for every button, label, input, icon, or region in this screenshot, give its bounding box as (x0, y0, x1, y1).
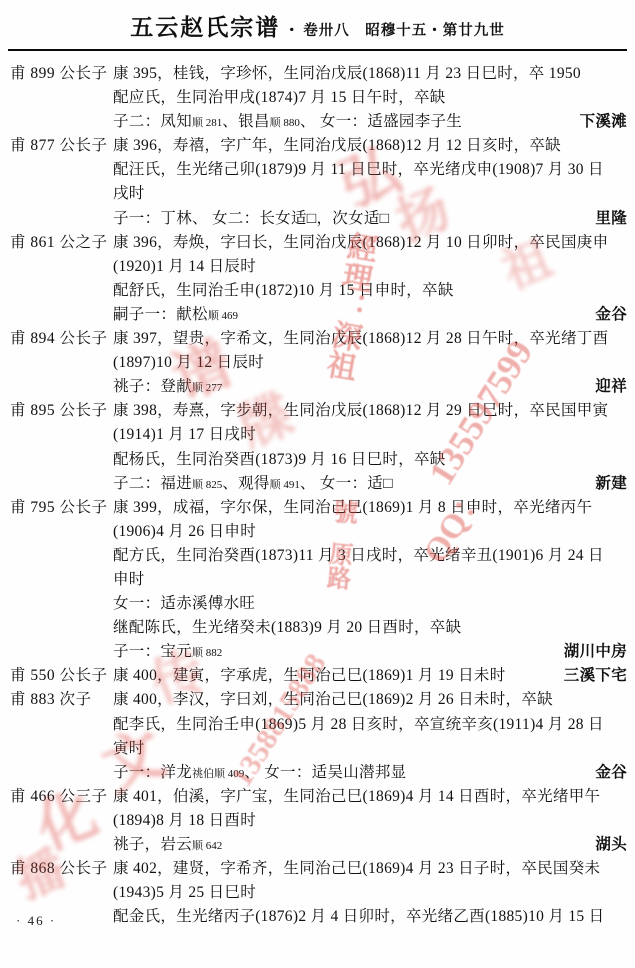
line-text: 康 400，建寅，字承虎，生同治己巳(1869)1 月 19 日未时 (113, 667, 506, 684)
entry-label: 甫 883 次子 (10, 688, 113, 712)
entry-line: 子一：洋龙祧伯顺 409、 女一：适吴山潜邦显金谷 (113, 761, 627, 785)
line-text-segment: 康 400，建寅，字承虎，生同治己巳(1869)1 月 19 日未时 (113, 667, 506, 684)
genealogy-page: 經理：深祖135597599QQ：號原路1358815888弘扬祖谱牒传文化播 … (0, 0, 635, 968)
line-text: 康 399，成福，字尔保，生同治己巳(1869)1 月 8 日申时，卒光绪丙午 (113, 499, 592, 516)
line-text: 申时 (113, 571, 145, 588)
descendant-order-number: 顺 882 (192, 647, 222, 659)
line-text: 康 401，伯溪，字广宝，生同治己巳(1869)4 月 14 日酉时，卒光绪甲午 (113, 788, 600, 805)
line-text: 配李氏，生同治壬申(1869)5 月 28 日亥时，卒宣统辛亥(1911)4 月… (113, 716, 604, 733)
line-text-segment: 、银昌 (222, 113, 269, 130)
entry-label: 甫 550 公长子 (10, 664, 113, 688)
line-text-segment: 寅时 (113, 740, 145, 757)
entry-line: 子一：丁林、 女二：长女适□，次女适□里隆 (113, 207, 627, 231)
line-text: 康 396，寿禧，字广年，生同治戊辰(1868)12 月 12 日亥时，卒缺 (113, 137, 561, 154)
descendant-order-number: 顺 277 (192, 382, 222, 394)
line-text-segment: 子二：凤知 (113, 113, 192, 130)
entry-lines: 康 396，寿禧，字广年，生同治戊辰(1868)12 月 12 日亥时，卒缺配汪… (113, 134, 627, 230)
line-text-segment: 康 401，伯溪，字广宝，生同治己巳(1869)4 月 14 日酉时，卒光绪甲午 (113, 788, 600, 805)
line-text: 康 398，寿熹，字步朝，生同治戊辰(1868)12 月 29 日巳时，卒民国甲… (113, 402, 608, 419)
entry-line: 康 400，李汉，字曰刘，生同治己巳(1869)2 月 26 日未时，卒缺 (113, 688, 627, 712)
entry-line: 康 401，伯溪，字广宝，生同治己巳(1869)4 月 14 日酉时，卒光绪甲午 (113, 785, 627, 809)
line-text: 祧子：登献顺 277 (113, 378, 222, 395)
line-text-segment: 、 女一：适吴山潜邦显 (244, 764, 406, 781)
line-text-segment: 配汪氏，生光绪己卯(1879)9 月 11 日巳时，卒光绪戊申(1908)7 月… (113, 161, 604, 178)
line-text: 配汪氏，生光绪己卯(1879)9 月 11 日巳时，卒光绪戊申(1908)7 月… (113, 161, 604, 178)
line-text-segment: 子一：丁林、 女二：长女适□，次女适□ (113, 210, 389, 227)
entry-line: 戌时 (113, 182, 627, 206)
entry-line: 寅时 (113, 737, 627, 761)
entry-label: 甫 895 公长子 (10, 399, 113, 423)
place-name: 湖头 (595, 833, 627, 857)
line-text-segment: 康 396，寿禧，字广年，生同治戊辰(1868)12 月 12 日亥时，卒缺 (113, 137, 561, 154)
entry-line: 祧子：登献顺 277迎祥 (113, 375, 627, 399)
page-title: 五云赵氏宗谱 (130, 15, 280, 40)
line-text: (1914)1 月 17 日戌时 (113, 426, 256, 443)
line-text: (1906)4 月 26 日申时 (113, 523, 256, 540)
line-text-segment: 康 395，桂钱，字珍怀，生同治戊辰(1868)11 月 23 日巳时，卒 19… (113, 65, 581, 82)
line-text-segment: 嗣子一：献松 (113, 306, 208, 323)
line-text-segment: (1914)1 月 17 日戌时 (113, 426, 256, 443)
entry-lines: 康 398，寿熹，字步朝，生同治戊辰(1868)12 月 29 日巳时，卒民国甲… (113, 399, 627, 495)
entry-row: 甫 861 公之子康 396，寿焕，字曰长，生同治戊辰(1868)12 月 10… (10, 231, 627, 327)
line-text: 子二：凤知顺 281、银昌顺 880、 女一：适盛园李子生 (113, 113, 462, 130)
line-text: 戌时 (113, 185, 145, 202)
line-text: 寅时 (113, 740, 145, 757)
line-text-segment: 子一：洋龙 (113, 764, 192, 781)
title-separator: ・ (284, 23, 299, 39)
entry-label: 甫 894 公长子 (10, 327, 113, 351)
line-text-segment: 配应氏，生同治甲戌(1874)7 月 15 日午时，卒缺 (113, 89, 446, 106)
entry-row: 甫 877 公长子康 396，寿禧，字广年，生同治戊辰(1868)12 月 12… (10, 134, 627, 230)
entry-line: 康 397，望贵，字希文，生同治戊辰(1868)12 月 28 日午时，卒光绪丁… (113, 327, 627, 351)
line-text: 配杨氏，生同治癸酉(1873)9 月 16 日巳时，卒缺 (113, 451, 446, 468)
place-name: 下溪滩 (580, 110, 627, 134)
entry-line: 康 400，建寅，字承虎，生同治己巳(1869)1 月 19 日未时三溪下宅 (113, 664, 627, 688)
line-text-segment: 、 女一：适□ (300, 475, 393, 492)
line-text-segment: 申时 (113, 571, 145, 588)
line-text-segment: 康 402，建贤，字希齐，生同治己巳(1869)4 月 23 日子时，卒民国癸未 (113, 860, 600, 877)
line-text-segment: (1906)4 月 26 日申时 (113, 523, 256, 540)
line-text-segment: 继配陈氏，生光绪癸未(1883)9 月 20 日酉时，卒缺 (113, 619, 461, 636)
line-text: 康 397，望贵，字希文，生同治戊辰(1868)12 月 28 日午时，卒光绪丁… (113, 330, 608, 347)
entry-line: (1920)1 月 14 日辰时 (113, 255, 627, 279)
entry-line: 子一：宝元顺 882湖川中房 (113, 640, 627, 664)
entry-lines: 康 396，寿焕，字曰长，生同治戊辰(1868)12 月 10 日卯时，卒民国庚… (113, 231, 627, 327)
line-text: (1920)1 月 14 日辰时 (113, 258, 256, 275)
line-text: 康 395，桂钱，字珍怀，生同治戊辰(1868)11 月 23 日巳时，卒 19… (113, 65, 581, 82)
entry-line: (1894)8 月 18 日酉时 (113, 809, 627, 833)
line-text: 子二：福进顺 825、观得顺 491、 女一：适□ (113, 475, 393, 492)
line-text: 女一：适赤溪傅水旺 (113, 595, 255, 612)
line-text-segment: (1920)1 月 14 日辰时 (113, 258, 256, 275)
entry-line: (1906)4 月 26 日申时 (113, 520, 627, 544)
line-text-segment: 子二：福进 (113, 475, 192, 492)
entry-lines: 康 397，望贵，字希文，生同治戊辰(1868)12 月 28 日午时，卒光绪丁… (113, 327, 627, 399)
entry-lines: 康 401，伯溪，字广宝，生同治己巳(1869)4 月 14 日酉时，卒光绪甲午… (113, 785, 627, 857)
entry-line: 配杨氏，生同治癸酉(1873)9 月 16 日巳时，卒缺 (113, 448, 627, 472)
descendant-order-number: 顺 281 (192, 117, 222, 129)
descendant-order-number: 祧伯顺 409 (192, 768, 244, 780)
line-text: 康 396，寿焕，字曰长，生同治戊辰(1868)12 月 10 日卯时，卒民国庚… (113, 234, 608, 251)
line-text-segment: 配杨氏，生同治癸酉(1873)9 月 16 日巳时，卒缺 (113, 451, 446, 468)
entry-line: 继配陈氏，生光绪癸未(1883)9 月 20 日酉时，卒缺 (113, 616, 627, 640)
line-text-segment: 康 399，成福，字尔保，生同治己巳(1869)1 月 8 日申时，卒光绪丙午 (113, 499, 592, 516)
place-name: 三溪下宅 (564, 664, 627, 688)
line-text: 配舒氏，生同治壬申(1872)10 月 15 日申时，卒缺 (113, 282, 454, 299)
entry-line: 申时 (113, 568, 627, 592)
line-text: 继配陈氏，生光绪癸未(1883)9 月 20 日酉时，卒缺 (113, 619, 461, 636)
page-footer: · 46 · (16, 913, 635, 929)
line-text: 康 402，建贤，字希齐，生同治己巳(1869)4 月 23 日子时，卒民国癸未 (113, 860, 600, 877)
place-name: 湖川中房 (564, 640, 627, 664)
line-text-segment: (1943)5 月 25 日巳时 (113, 884, 256, 901)
entry-label: 甫 877 公长子 (10, 134, 113, 158)
line-text-segment: 、 女一：适盛园李子生 (300, 113, 462, 130)
line-text: 配应氏，生同治甲戌(1874)7 月 15 日午时，卒缺 (113, 89, 446, 106)
entry-line: 康 398，寿熹，字步朝，生同治戊辰(1868)12 月 29 日巳时，卒民国甲… (113, 399, 627, 423)
line-text-segment: 女一：适赤溪傅水旺 (113, 595, 255, 612)
entry-line: 配方氏，生同治癸酉(1873)11 月 3 日戌时，卒光绪辛丑(1901)6 月… (113, 544, 627, 568)
line-text-segment: 康 396，寿焕，字曰长，生同治戊辰(1868)12 月 10 日卯时，卒民国庚… (113, 234, 608, 251)
entry-line: 子二：凤知顺 281、银昌顺 880、 女一：适盛园李子生下溪滩 (113, 110, 627, 134)
entry-line: (1897)10 月 12 日辰时 (113, 351, 627, 375)
entry-line: 康 399，成福，字尔保，生同治己巳(1869)1 月 8 日申时，卒光绪丙午 (113, 496, 627, 520)
page-header: 五云赵氏宗谱 ・ 卷卅八 昭穆十五・第廿九世 (0, 0, 635, 42)
entry-line: 配舒氏，生同治壬申(1872)10 月 15 日申时，卒缺 (113, 279, 627, 303)
place-name: 迎祥 (595, 375, 627, 399)
descendant-order-number: 顺 642 (192, 840, 222, 852)
entry-lines: 康 395，桂钱，字珍怀，生同治戊辰(1868)11 月 23 日巳时，卒 19… (113, 62, 627, 134)
entry-row: 甫 466 公三子康 401，伯溪，字广宝，生同治己巳(1869)4 月 14 … (10, 785, 627, 857)
place-name: 里隆 (595, 207, 627, 231)
line-text-segment: 戌时 (113, 185, 145, 202)
entry-line: 子二：福进顺 825、观得顺 491、 女一：适□新建 (113, 472, 627, 496)
line-text-segment: 祧子，岩云 (113, 836, 192, 853)
entry-row: 甫 795 公长子康 399，成福，字尔保，生同治己巳(1869)1 月 8 日… (10, 496, 627, 665)
line-text: 子一：宝元顺 882 (113, 643, 222, 660)
descendant-order-number: 顺 491 (270, 479, 300, 491)
entry-line: (1943)5 月 25 日巳时 (113, 881, 627, 905)
place-name: 新建 (595, 472, 627, 496)
entry-line: 女一：适赤溪傅水旺 (113, 592, 627, 616)
line-text-segment: (1897)10 月 12 日辰时 (113, 354, 264, 371)
entry-line: (1914)1 月 17 日戌时 (113, 423, 627, 447)
entry-row: 甫 550 公长子康 400，建寅，字承虎，生同治己巳(1869)1 月 19 … (10, 664, 627, 688)
line-text: 祧子，岩云顺 642 (113, 836, 222, 853)
entry-row: 甫 895 公长子康 398，寿熹，字步朝，生同治戊辰(1868)12 月 29… (10, 399, 627, 495)
line-text: 嗣子一：献松顺 469 (113, 306, 238, 323)
place-name: 金谷 (595, 303, 627, 327)
line-text: (1897)10 月 12 日辰时 (113, 354, 264, 371)
entry-line: 配李氏，生同治壬申(1869)5 月 28 日亥时，卒宣统辛亥(1911)4 月… (113, 713, 627, 737)
entry-line: 康 396，寿焕，字曰长，生同治戊辰(1868)12 月 10 日卯时，卒民国庚… (113, 231, 627, 255)
entry-lines: 康 400，建寅，字承虎，生同治己巳(1869)1 月 19 日未时三溪下宅 (113, 664, 627, 688)
descendant-order-number: 顺 825 (192, 479, 222, 491)
line-text: 康 400，李汉，字曰刘，生同治己巳(1869)2 月 26 日未时，卒缺 (113, 691, 553, 708)
line-text-segment: 康 398，寿熹，字步朝，生同治戊辰(1868)12 月 29 日巳时，卒民国甲… (113, 402, 608, 419)
entry-line: 康 402，建贤，字希齐，生同治己巳(1869)4 月 23 日子时，卒民国癸未 (113, 857, 627, 881)
entry-label: 甫 899 公长子 (10, 62, 113, 86)
line-text: 子一：洋龙祧伯顺 409、 女一：适吴山潜邦显 (113, 764, 406, 781)
entry-label: 甫 466 公三子 (10, 785, 113, 809)
page-number: · 46 · (16, 913, 56, 928)
line-text: (1894)8 月 18 日酉时 (113, 812, 256, 829)
line-text-segment: 配方氏，生同治癸酉(1873)11 月 3 日戌时，卒光绪辛丑(1901)6 月… (113, 547, 604, 564)
entry-row: 甫 883 次子康 400，李汉，字曰刘，生同治己巳(1869)2 月 26 日… (10, 688, 627, 784)
entry-label: 甫 868 公长子 (10, 857, 113, 881)
entry-row: 甫 894 公长子康 397，望贵，字希文，生同治戊辰(1868)12 月 28… (10, 327, 627, 399)
line-text-segment: 康 397，望贵，字希文，生同治戊辰(1868)12 月 28 日午时，卒光绪丁… (113, 330, 608, 347)
line-text-segment: 祧子：登献 (113, 378, 192, 395)
descendant-order-number: 顺 469 (208, 310, 238, 322)
entry-lines: 康 399，成福，字尔保，生同治己巳(1869)1 月 8 日申时，卒光绪丙午(… (113, 496, 627, 665)
line-text-segment: 康 400，李汉，字曰刘，生同治己巳(1869)2 月 26 日未时，卒缺 (113, 691, 553, 708)
line-text: (1943)5 月 25 日巳时 (113, 884, 256, 901)
entry-line: 嗣子一：献松顺 469金谷 (113, 303, 627, 327)
entry-line: 配汪氏，生光绪己卯(1879)9 月 11 日巳时，卒光绪戊申(1908)7 月… (113, 158, 627, 182)
entry-label: 甫 795 公长子 (10, 496, 113, 520)
descendant-order-number: 顺 880 (270, 117, 300, 129)
entry-row: 甫 899 公长子康 395，桂钱，字珍怀，生同治戊辰(1868)11 月 23… (10, 62, 627, 134)
genealogy-entries: 甫 899 公长子康 395，桂钱，字珍怀，生同治戊辰(1868)11 月 23… (0, 51, 635, 929)
place-name: 金谷 (595, 761, 627, 785)
entry-line: 康 396，寿禧，字广年，生同治戊辰(1868)12 月 12 日亥时，卒缺 (113, 134, 627, 158)
entry-line: 康 395，桂钱，字珍怀，生同治戊辰(1868)11 月 23 日巳时，卒 19… (113, 62, 627, 86)
entry-label: 甫 861 公之子 (10, 231, 113, 255)
entry-line: 配应氏，生同治甲戌(1874)7 月 15 日午时，卒缺 (113, 86, 627, 110)
line-text-segment: 配李氏，生同治壬申(1869)5 月 28 日亥时，卒宣统辛亥(1911)4 月… (113, 716, 604, 733)
line-text: 子一：丁林、 女二：长女适□，次女适□ (113, 210, 389, 227)
line-text-segment: (1894)8 月 18 日酉时 (113, 812, 256, 829)
entry-lines: 康 400，李汉，字曰刘，生同治己巳(1869)2 月 26 日未时，卒缺配李氏… (113, 688, 627, 784)
entry-line: 祧子，岩云顺 642湖头 (113, 833, 627, 857)
line-text-segment: 子一：宝元 (113, 643, 192, 660)
line-text-segment: 配舒氏，生同治壬申(1872)10 月 15 日申时，卒缺 (113, 282, 454, 299)
line-text: 配方氏，生同治癸酉(1873)11 月 3 日戌时，卒光绪辛丑(1901)6 月… (113, 547, 604, 564)
line-text-segment: 、观得 (222, 475, 269, 492)
page-subtitle: 卷卅八 昭穆十五・第廿九世 (303, 23, 505, 39)
